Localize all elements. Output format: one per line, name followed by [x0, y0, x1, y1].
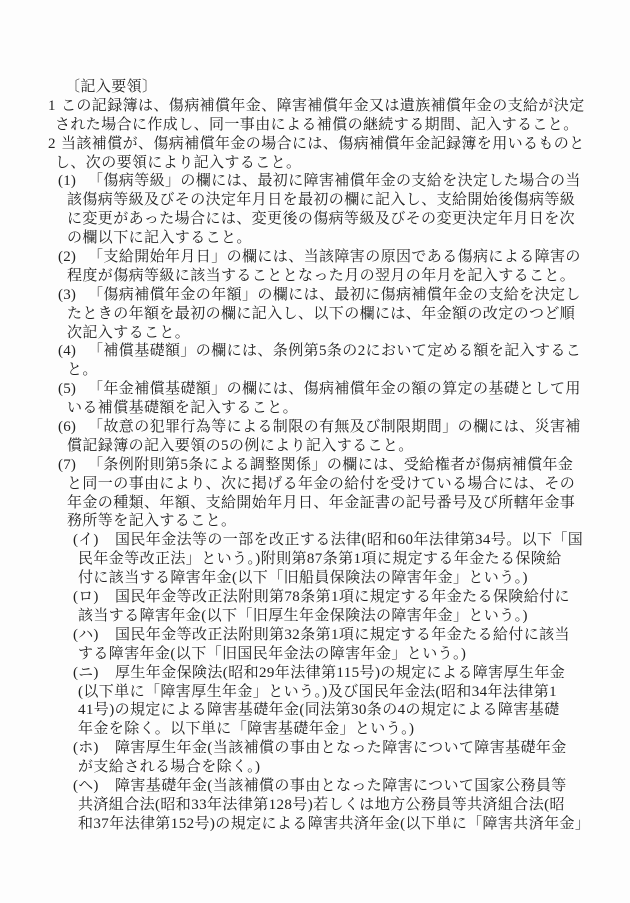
- line-text: いる補償基礎額を記入すること。: [67, 400, 298, 416]
- line-text: 年金を除く。以下単に「障害基礎年金」という。): [78, 721, 414, 737]
- line-text: 共済組合法(昭和33年法律第128号)若しくは地方公務員等共済組合法(昭: [78, 797, 565, 813]
- line-text: に変更があった場合には、変更後の傷病等級及びその変更決定年月日を次: [67, 211, 575, 227]
- line-text: と。: [67, 362, 98, 378]
- line-text: (以下単に「障害厚生年金」という。)及び国民年金法(昭和34年法律第1: [78, 684, 557, 700]
- doc-line: が支給される場合を除く。): [0, 758, 630, 777]
- line-text: 「年金補償基礎額」の欄には、傷病補償年金の額の算定の基礎として用: [88, 381, 581, 397]
- line-text: 次記入すること。: [67, 325, 190, 341]
- doc-line: し、次の要領により記入すること。: [0, 154, 630, 173]
- line-text: 付に該当する障害年金(以下「旧船員保険法の障害年金」という。): [78, 570, 528, 586]
- line-text: 該傷病等級及びその決定年月日を最初の欄に記入し、支給開始後傷病等級: [67, 192, 575, 208]
- doc-line: (1)「傷病等級」の欄には、最初に障害補償年金の支給を決定した場合の当: [0, 172, 630, 191]
- doc-line: (ヘ)障害基礎年金(当該補償の事由となった障害について国家公務員等: [0, 777, 630, 796]
- document-page: 〔記入要領〕1この記録簿は、傷病補償年金、障害補償年金又は遺族補償年金の支給が決…: [0, 0, 630, 903]
- doc-line: (以下単に「障害厚生年金」という。)及び国民年金法(昭和34年法律第1: [0, 683, 630, 702]
- doc-line: (ホ)障害厚生年金(当該補償の事由となった障害について障害基礎年金: [0, 739, 630, 758]
- doc-line: 年金の種類、年額、支給開始年月日、年金証書の記号番号及び所轄年金事: [0, 494, 630, 513]
- doc-line: 41号)の規定による障害基礎年金(同法第30条の4の規定による障害基礎: [0, 701, 630, 720]
- line-marker: (5): [58, 380, 88, 399]
- line-text: 償記録簿の記入要領の5の例により記入すること。: [67, 438, 414, 454]
- instructions-document: 〔記入要領〕1この記録簿は、傷病補償年金、障害補償年金又は遺族補償年金の支給が決…: [0, 78, 630, 834]
- line-text: 国民年金等改正法附則第78条第1項に規定する年金たる保険給付に: [115, 589, 570, 605]
- doc-line: 2当該補償が、傷病補償年金の場合には、傷病補償年金記録簿を用いるものと: [0, 135, 630, 154]
- line-text: 和37年法律第152号)の規定による障害共済年金(以下単に「障害共済年金」: [78, 816, 590, 832]
- line-text: たときの年額を最初の欄に記入し、以下の欄には、年金額の改定のつど順: [67, 306, 575, 322]
- doc-line: 1この記録簿は、傷病補償年金、障害補償年金又は遺族補償年金の支給が決定: [0, 97, 630, 116]
- line-text: 国民年金法等の一部を改正する法律(昭和60年法律第34号。以下「国: [115, 532, 583, 548]
- line-text: この記録簿は、傷病補償年金、障害補償年金又は遺族補償年金の支給が決定: [61, 98, 585, 114]
- line-text: が支給される場合を除く。): [78, 759, 260, 775]
- line-text: と同一の事由により、次に掲げる年金の給付を受けている場合には、その: [67, 476, 575, 492]
- line-text: 障害基礎年金(当該補償の事由となった障害について国家公務員等: [115, 778, 567, 794]
- line-text: の欄以下に記入すること。: [67, 230, 252, 246]
- doc-line: に変更があった場合には、変更後の傷病等級及びその変更決定年月日を次: [0, 210, 630, 229]
- line-text: 41号)の規定による障害基礎年金(同法第30条の4の規定による障害基礎: [78, 702, 560, 718]
- doc-line: と同一の事由により、次に掲げる年金の給付を受けている場合には、その: [0, 475, 630, 494]
- doc-line: 共済組合法(昭和33年法律第128号)若しくは地方公務員等共済組合法(昭: [0, 796, 630, 815]
- line-text: 〔記入要領〕: [65, 79, 157, 95]
- doc-line: 民年金等改正法」という。)附則第87条第1項に規定する年金たる保険給: [0, 550, 630, 569]
- line-text: 「傷病補償年金の年額」の欄には、最初に傷病補償年金の支給を決定し: [88, 287, 581, 303]
- line-text: する障害年金(以下「旧国民年金法の障害年金」という。): [78, 646, 466, 662]
- line-text: 務所等を記入すること。: [67, 513, 236, 529]
- line-marker: (4): [58, 342, 88, 361]
- line-text: 「傷病等級」の欄には、最初に障害補償年金の支給を決定した場合の当: [88, 173, 581, 189]
- doc-line: された場合に作成し、同一事由による補償の継続する期間、記入すること。: [0, 116, 630, 135]
- line-marker: (6): [58, 418, 88, 437]
- doc-line: 程度が傷病等級に該当することとなった月の翌月の年月を記入すること。: [0, 267, 630, 286]
- doc-line: 和37年法律第152号)の規定による障害共済年金(以下単に「障害共済年金」: [0, 815, 630, 834]
- doc-line: 該当する障害年金(以下「旧厚生年金保険法の障害年金」という。): [0, 607, 630, 626]
- line-text: 「条例附則第5条による調整関係」の欄には、受給権者が傷病補償年金: [88, 457, 573, 473]
- doc-line: 該傷病等級及びその決定年月日を最初の欄に記入し、支給開始後傷病等級: [0, 191, 630, 210]
- line-marker: (ロ): [73, 588, 115, 607]
- line-text: し、次の要領により記入すること。: [55, 155, 301, 171]
- doc-line: (イ)国民年金法等の一部を改正する法律(昭和60年法律第34号。以下「国: [0, 531, 630, 550]
- line-text: 年金の種類、年額、支給開始年月日、年金証書の記号番号及び所轄年金事: [67, 495, 575, 511]
- doc-line: (3)「傷病補償年金の年額」の欄には、最初に傷病補償年金の支給を決定し: [0, 286, 630, 305]
- line-marker: (2): [58, 248, 88, 267]
- line-text: 民年金等改正法」という。)附則第87条第1項に規定する年金たる保険給: [78, 551, 562, 567]
- line-text: された場合に作成し、同一事由による補償の継続する期間、記入すること。: [55, 117, 579, 133]
- doc-line: (ロ)国民年金等改正法附則第78条第1項に規定する年金たる保険給付に: [0, 588, 630, 607]
- line-text: 該当する障害年金(以下「旧厚生年金保険法の障害年金」という。): [78, 608, 528, 624]
- line-marker: (ハ): [73, 626, 115, 645]
- line-marker: (ニ): [73, 664, 115, 683]
- doc-line: 務所等を記入すること。: [0, 512, 630, 531]
- doc-line: いる補償基礎額を記入すること。: [0, 399, 630, 418]
- line-marker: (ヘ): [73, 777, 115, 796]
- line-text: 障害厚生年金(当該補償の事由となった障害について障害基礎年金: [115, 740, 567, 756]
- doc-line: (2)「支給開始年月日」の欄には、当該障害の原因である傷病による障害の: [0, 248, 630, 267]
- line-text: 「補償基礎額」の欄には、条例第5条の2において定める額を記入するこ: [88, 343, 581, 359]
- doc-line: する障害年金(以下「旧国民年金法の障害年金」という。): [0, 645, 630, 664]
- doc-line: 付に該当する障害年金(以下「旧船員保険法の障害年金」という。): [0, 569, 630, 588]
- doc-line: 年金を除く。以下単に「障害基礎年金」という。): [0, 720, 630, 739]
- doc-line: (5)「年金補償基礎額」の欄には、傷病補償年金の額の算定の基礎として用: [0, 380, 630, 399]
- doc-line: (6)「故意の犯罪行為等による制限の有無及び制限期間」の欄には、災害補: [0, 418, 630, 437]
- doc-line: 償記録簿の記入要領の5の例により記入すること。: [0, 437, 630, 456]
- line-text: 「支給開始年月日」の欄には、当該障害の原因である傷病による障害の: [88, 249, 581, 265]
- doc-line: 次記入すること。: [0, 324, 630, 343]
- line-text: 厚生年金保険法(昭和29年法律第115号)の規定による障害厚生年金: [115, 665, 565, 681]
- line-text: 国民年金等改正法附則第32条第1項に規定する年金たる給付に該当: [115, 627, 570, 643]
- doc-line: (7)「条例附則第5条による調整関係」の欄には、受給権者が傷病補償年金: [0, 456, 630, 475]
- line-text: 当該補償が、傷病補償年金の場合には、傷病補償年金記録簿を用いるものと: [61, 136, 585, 152]
- line-text: 「故意の犯罪行為等による制限の有無及び制限期間」の欄には、災害補: [88, 419, 581, 435]
- line-marker: (1): [58, 172, 88, 191]
- line-marker: (7): [58, 456, 88, 475]
- line-marker: 1: [48, 97, 61, 116]
- doc-line: の欄以下に記入すること。: [0, 229, 630, 248]
- doc-line: (ハ)国民年金等改正法附則第32条第1項に規定する年金たる給付に該当: [0, 626, 630, 645]
- line-marker: (ホ): [73, 739, 115, 758]
- doc-line: と。: [0, 361, 630, 380]
- page-title: 〔記入要領〕: [0, 78, 630, 97]
- doc-line: (ニ)厚生年金保険法(昭和29年法律第115号)の規定による障害厚生年金: [0, 664, 630, 683]
- doc-line: たときの年額を最初の欄に記入し、以下の欄には、年金額の改定のつど順: [0, 305, 630, 324]
- line-marker: 2: [48, 135, 61, 154]
- line-marker: (3): [58, 286, 88, 305]
- doc-line: (4)「補償基礎額」の欄には、条例第5条の2において定める額を記入するこ: [0, 342, 630, 361]
- line-text: 程度が傷病等級に該当することとなった月の翌月の年月を記入すること。: [67, 268, 575, 284]
- line-marker: (イ): [73, 531, 115, 550]
